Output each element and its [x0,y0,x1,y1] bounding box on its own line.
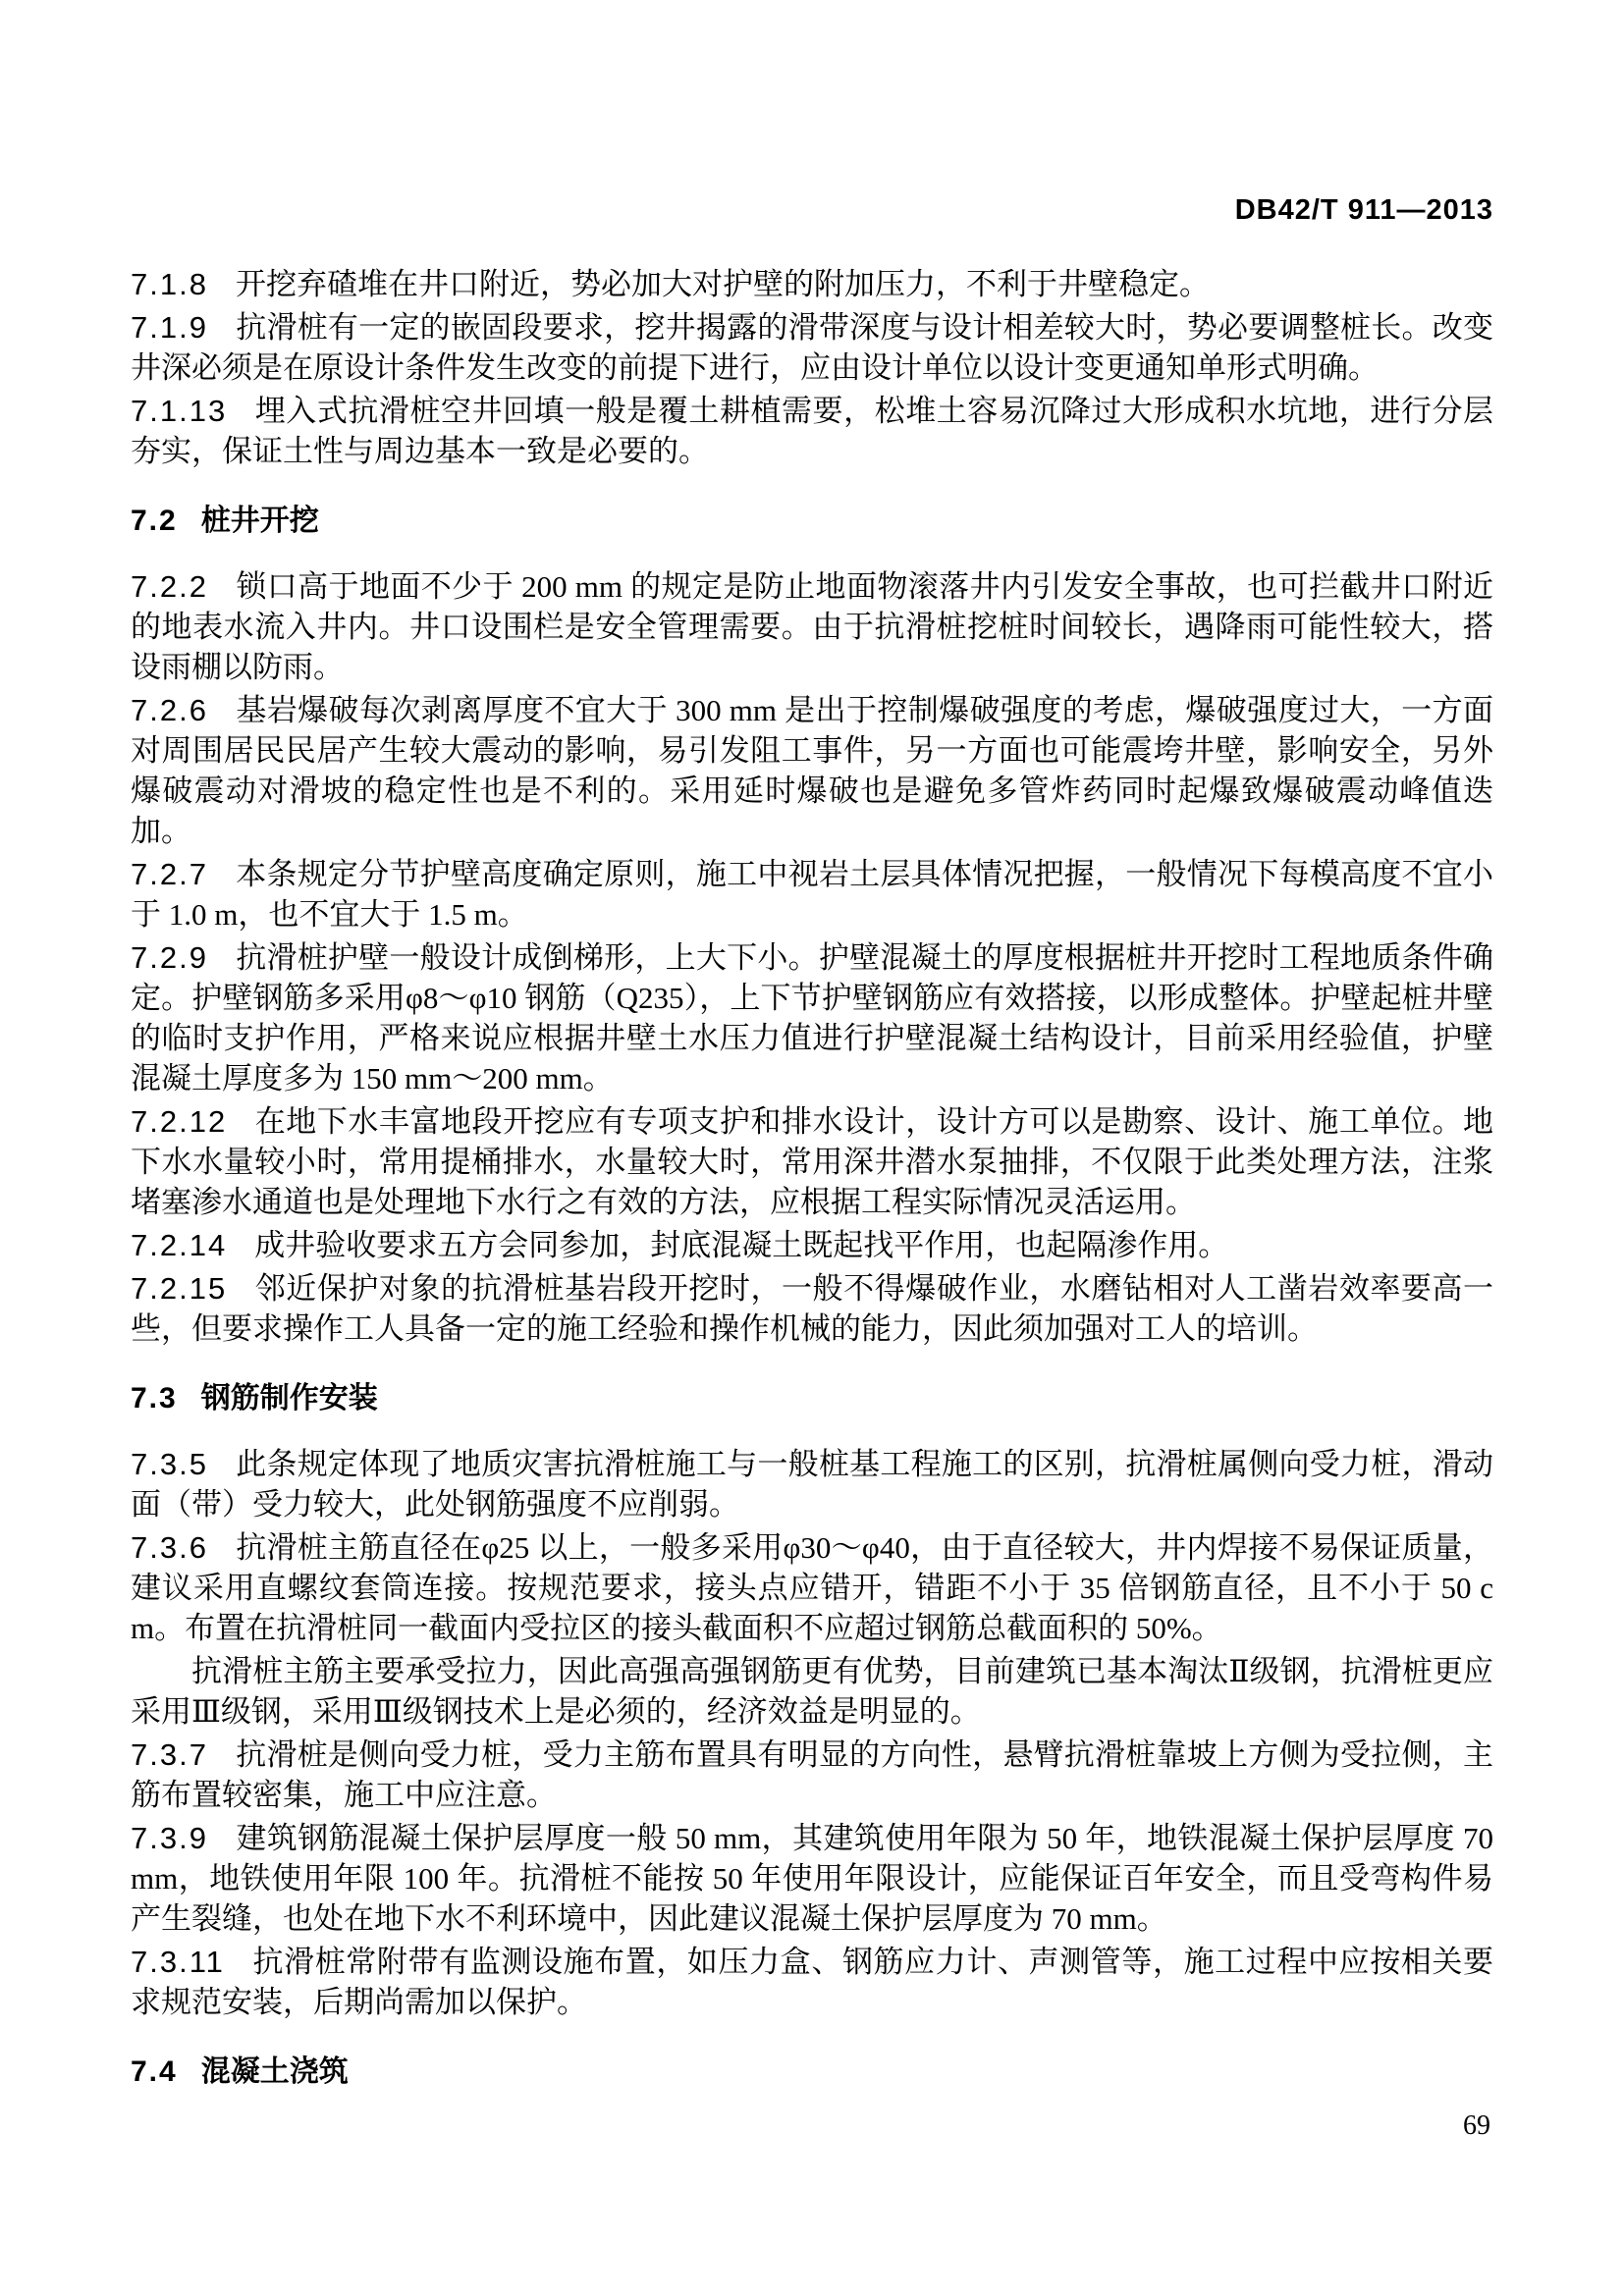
clause-text: 开挖弃碴堆在井口附近，势必加大对护壁的附加压力，不利于井壁稳定。 [236,267,1210,301]
clause-text: 锁口高于地面不少于 200 mm 的规定是防止地面物滚落井内引发安全事故，也可拦… [131,569,1493,684]
clause-number: 7.2.6 [131,693,208,727]
clause-7-2-14: 7.2.14成井验收要求五方会同参加，封底混凝土既起找平作用，也起隔渗作用。 [131,1225,1493,1265]
clause-number: 7.3.11 [131,1945,225,1979]
clause-text: 埋入式抗滑桩空井回填一般是覆土耕植需要，松堆土容易沉降过大形成积水坑地，进行分层… [131,394,1493,468]
heading-title: 钢筋制作安装 [201,1382,378,1415]
clause-text: 抗滑桩是侧向受力桩，受力主筋布置具有明显的方向性，悬臂抗滑桩靠坡上方侧为受拉侧，… [131,1737,1493,1812]
clause-text: 此条规定体现了地质灾害抗滑桩施工与一般桩基工程施工的区别，抗滑桩属侧向受力桩，滑… [131,1447,1493,1522]
clause-7-1-9: 7.1.9抗滑桩有一定的嵌固段要求，挖井揭露的滑带深度与设计相差较大时，势必要调… [131,307,1493,388]
clause-7-2-12: 7.2.12在地下水丰富地段开挖应有专项支护和排水设计，设计方可以是勘察、设计、… [131,1101,1493,1222]
clause-text: 抗滑桩有一定的嵌固段要求，挖井揭露的滑带深度与设计相差较大时，势必要调整桩长。改… [131,310,1493,385]
section-heading-7-4: 7.4混凝土浇筑 [131,2052,1493,2092]
page-content: 7.1.8开挖弃碴堆在井口附近，势必加大对护壁的附加压力，不利于井壁稳定。 7.… [131,264,1493,2092]
clause-text: 抗滑桩主筋直径在φ25 以上，一般多采用φ30～φ40，由于直径较大，井内焊接不… [131,1530,1493,1645]
clause-text: 邻近保护对象的抗滑桩基岩段开挖时，一般不得爆破作业，水磨钻相对人工凿岩效率要高一… [131,1271,1493,1346]
clause-number: 7.3.9 [131,1821,208,1855]
clause-number: 7.1.13 [131,394,227,428]
clause-7-1-8: 7.1.8开挖弃碴堆在井口附近，势必加大对护壁的附加压力，不利于井壁稳定。 [131,264,1493,304]
heading-number: 7.3 [131,1382,178,1415]
clause-7-3-7: 7.3.7抗滑桩是侧向受力桩，受力主筋布置具有明显的方向性，悬臂抗滑桩靠坡上方侧… [131,1735,1493,1815]
clause-text: 本条规定分节护壁高度确定原则，施工中视岩土层具体情况把握，一般情况下每模高度不宜… [131,857,1493,932]
section-heading-7-2: 7.2桩井开挖 [131,501,1493,541]
heading-number: 7.2 [131,505,178,537]
paragraph-main-rebar: 抗滑桩主筋主要承受拉力，因此高强高强钢筋更有优势，目前建筑已基本淘汰Ⅱ级钢，抗滑… [131,1651,1493,1732]
clause-number: 7.2.9 [131,940,208,975]
page-number: 69 [1463,2110,1490,2142]
document-page: DB42/T 911—2013 7.1.8开挖弃碴堆在井口附近，势必加大对护壁的… [0,0,1624,2296]
clause-7-2-6: 7.2.6基岩爆破每次剥离厚度不宜大于 300 mm 是出于控制爆破强度的考虑，… [131,690,1493,851]
clause-text: 抗滑桩常附带有监测设施布置，如压力盒、钢筋应力计、声测管等，施工过程中应按相关要… [131,1945,1493,2019]
clause-7-2-9: 7.2.9抗滑桩护壁一般设计成倒梯形，上大下小。护壁混凝土的厚度根据桩井开挖时工… [131,937,1493,1098]
clause-7-3-6: 7.3.6抗滑桩主筋直径在φ25 以上，一般多采用φ30～φ40，由于直径较大，… [131,1527,1493,1648]
heading-number: 7.4 [131,2056,178,2088]
clause-7-3-5: 7.3.5此条规定体现了地质灾害抗滑桩施工与一般桩基工程施工的区别，抗滑桩属侧向… [131,1444,1493,1524]
clause-text: 在地下水丰富地段开挖应有专项支护和排水设计，设计方可以是勘察、设计、施工单位。地… [131,1104,1493,1219]
clause-number: 7.3.5 [131,1447,208,1481]
clause-text: 建筑钢筋混凝土保护层厚度一般 50 mm，其建筑使用年限为 50 年，地铁混凝土… [131,1821,1493,1936]
clause-number: 7.1.9 [131,310,208,345]
clause-number: 7.2.12 [131,1104,227,1139]
section-heading-7-3: 7.3钢筋制作安装 [131,1378,1493,1418]
heading-title: 桩井开挖 [201,505,319,537]
paragraph-text: 抗滑桩主筋主要承受拉力，因此高强高强钢筋更有优势，目前建筑已基本淘汰Ⅱ级钢，抗滑… [131,1654,1493,1729]
clause-7-3-11: 7.3.11抗滑桩常附带有监测设施布置，如压力盒、钢筋应力计、声测管等，施工过程… [131,1942,1493,2022]
clause-number: 7.2.2 [131,569,208,604]
clause-text: 基岩爆破每次剥离厚度不宜大于 300 mm 是出于控制爆破强度的考虑，爆破强度过… [131,693,1493,848]
clause-text: 成井验收要求五方会同参加，封底混凝土既起找平作用，也起隔渗作用。 [254,1228,1228,1262]
clause-number: 7.1.8 [131,267,208,301]
clause-number: 7.2.14 [131,1228,227,1262]
clause-number: 7.3.7 [131,1737,208,1772]
clause-number: 7.3.6 [131,1530,208,1565]
clause-7-2-15: 7.2.15邻近保护对象的抗滑桩基岩段开挖时，一般不得爆破作业，水磨钻相对人工凿… [131,1268,1493,1349]
clause-7-2-2: 7.2.2锁口高于地面不少于 200 mm 的规定是防止地面物滚落井内引发安全事… [131,566,1493,687]
clause-7-2-7: 7.2.7本条规定分节护壁高度确定原则，施工中视岩土层具体情况把握，一般情况下每… [131,854,1493,934]
clause-number: 7.2.15 [131,1271,227,1306]
standard-code-header: DB42/T 911—2013 [131,193,1493,227]
clause-number: 7.2.7 [131,857,208,891]
heading-title: 混凝土浇筑 [201,2056,349,2088]
clause-text: 抗滑桩护壁一般设计成倒梯形，上大下小。护壁混凝土的厚度根据桩井开挖时工程地质条件… [131,940,1493,1095]
clause-7-1-13: 7.1.13埋入式抗滑桩空井回填一般是覆土耕植需要，松堆土容易沉降过大形成积水坑… [131,391,1493,471]
clause-7-3-9: 7.3.9建筑钢筋混凝土保护层厚度一般 50 mm，其建筑使用年限为 50 年，… [131,1818,1493,1939]
